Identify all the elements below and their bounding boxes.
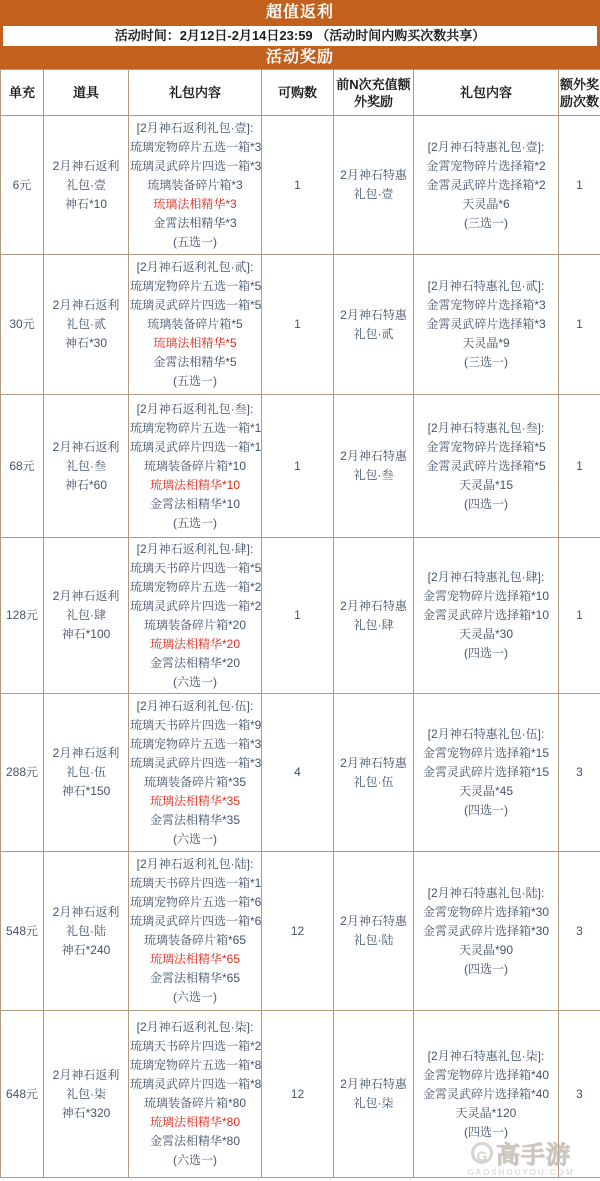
item-line: 神石*100 [45, 625, 127, 644]
pack-item: 琉璃宠物碎片五选一箱*35 [130, 735, 260, 754]
pack-item: 琉璃宠物碎片五选一箱*10 [130, 419, 260, 438]
event-banner: 超值返利 活动时间：2月12日-2月14日23:59 （活动时间内购买次数共享）… [0, 0, 600, 69]
bonus-count-cell: 1 [559, 538, 600, 694]
bonus-content-cell: [2月神石特惠礼包·贰]:金霄宠物碎片选择箱*3金霄灵武碎片选择箱*3天灵晶*9… [414, 255, 559, 395]
bonus-pack-title: [2月神石特惠礼包·伍]: [415, 725, 557, 744]
pack-choose-note: (五选一) [130, 514, 260, 533]
buy-count-value: 1 [263, 457, 332, 476]
item-line: 礼包·肆 [45, 606, 127, 625]
item-line: 礼包·壹 [45, 176, 127, 195]
pack-item: 琉璃法相精华*5 [130, 334, 260, 353]
pack-choose-note: (六选一) [130, 988, 260, 1007]
bonus-count-cell: 3 [559, 1011, 600, 1178]
pack-item: 金霄法相精华*5 [130, 353, 260, 372]
pack-item: 琉璃装备碎片箱*35 [130, 773, 260, 792]
item-line: 2月神石返利 [45, 157, 127, 176]
pack-item: 琉璃装备碎片箱*65 [130, 931, 260, 950]
rewards-table-body: 6元2月神石返利礼包·壹神石*10[2月神石返利礼包·壹]:琉璃宠物碎片五选一箱… [1, 116, 600, 1178]
price-value: 288元 [2, 763, 42, 782]
pack-content-cell: [2月神石返利礼包·壹]:琉璃宠物碎片五选一箱*3琉璃灵武碎片四选一箱*3琉璃装… [129, 116, 262, 255]
price-value: 648元 [2, 1085, 42, 1104]
header-bonus-count: 额外奖励次数 [559, 70, 600, 116]
pack-item: 琉璃装备碎片箱*10 [130, 457, 260, 476]
pack-item: 金霄法相精华*3 [130, 214, 260, 233]
pack-item: 琉璃法相精华*80 [130, 1113, 260, 1132]
item-line: 神石*320 [45, 1104, 127, 1123]
bonus-pack-title: [2月神石特惠礼包·肆]: [415, 568, 557, 587]
bonus-content-cell: [2月神石特惠礼包·叁]:金霄宠物碎片选择箱*5金霄灵武碎片选择箱*5天灵晶*1… [414, 395, 559, 538]
pack-item: 金霄法相精华*20 [130, 654, 260, 673]
pack-item: 琉璃天书碎片四选一箱*17 [130, 874, 260, 893]
bonus-count-cell: 3 [559, 852, 600, 1011]
pack-choose-note: (六选一) [130, 830, 260, 849]
item-line: 神石*30 [45, 334, 127, 353]
event-time-bar: 活动时间：2月12日-2月14日23:59 （活动时间内购买次数共享） [3, 26, 597, 46]
bonus-pack-title: [2月神石特惠礼包·柒]: [415, 1047, 557, 1066]
bonus-choose-note: (四选一) [415, 644, 557, 663]
item-cell: 2月神石返利礼包·肆神石*100 [44, 538, 129, 694]
pack-item: 琉璃灵武碎片四选一箱*80 [130, 1075, 260, 1094]
bonus-choose-note: (三选一) [415, 214, 557, 233]
bonus-pack-line: 2月神石特惠 [335, 447, 412, 466]
item-line: 礼包·伍 [45, 763, 127, 782]
bonus-choose-note: (四选一) [415, 495, 557, 514]
bonus-count-value: 1 [560, 457, 599, 476]
table-row: 30元2月神石返利礼包·贰神石*30[2月神石返利礼包·贰]:琉璃宠物碎片五选一… [1, 255, 600, 395]
bonus-pack-line: 2月神石特惠 [335, 597, 412, 616]
pack-content-cell: [2月神石返利礼包·伍]:琉璃天书碎片四选一箱*9琉璃宠物碎片五选一箱*35琉璃… [129, 694, 262, 852]
bonus-pack-item: 天灵晶*30 [415, 625, 557, 644]
bonus-pack-item: 金霄灵武碎片选择箱*40 [415, 1085, 557, 1104]
bonus-pack-line: 2月神石特惠 [335, 166, 412, 185]
pack-item: 琉璃法相精华*10 [130, 476, 260, 495]
bonus-content-cell: [2月神石特惠礼包·柒]:金霄宠物碎片选择箱*40金霄灵武碎片选择箱*40天灵晶… [414, 1011, 559, 1178]
item-cell: 2月神石返利礼包·伍神石*150 [44, 694, 129, 852]
header-single-charge: 单充 [1, 70, 44, 116]
price-cell: 30元 [1, 255, 44, 395]
pack-content-cell: [2月神石返利礼包·柒]:琉璃天书碎片四选一箱*20琉璃宠物碎片五选一箱*80琉… [129, 1011, 262, 1178]
price-value: 30元 [2, 315, 42, 334]
bonus-pack-item: 天灵晶*90 [415, 941, 557, 960]
bonus-pack-line: 礼包·壹 [335, 185, 412, 204]
bonus-pack-item: 金霄宠物碎片选择箱*30 [415, 903, 557, 922]
pack-item: 琉璃天书碎片四选一箱*9 [130, 716, 260, 735]
header-bonus-reward: 前N次充值额外奖励 [334, 70, 414, 116]
bonus-pack-item: 天灵晶*45 [415, 782, 557, 801]
pack-item: 琉璃法相精华*65 [130, 950, 260, 969]
price-value: 128元 [2, 606, 42, 625]
bonus-pack-cell: 2月神石特惠礼包·叁 [334, 395, 414, 538]
pack-item: 琉璃法相精华*3 [130, 195, 260, 214]
pack-item: 金霄法相精华*35 [130, 811, 260, 830]
bonus-pack-title: [2月神石特惠礼包·贰]: [415, 277, 557, 296]
pack-item: 琉璃灵武碎片四选一箱*5 [130, 296, 260, 315]
item-line: 礼包·叁 [45, 457, 127, 476]
bonus-choose-note: (四选一) [415, 960, 557, 979]
pack-item: 琉璃装备碎片箱*20 [130, 616, 260, 635]
pack-item: 琉璃灵武碎片四选一箱*3 [130, 157, 260, 176]
bonus-count-value: 3 [560, 1085, 599, 1104]
bonus-pack-line: 2月神石特惠 [335, 306, 412, 325]
price-value: 548元 [2, 922, 42, 941]
table-row: 128元2月神石返利礼包·肆神石*100[2月神石返利礼包·肆]:琉璃天书碎片四… [1, 538, 600, 694]
item-line: 2月神石返利 [45, 438, 127, 457]
item-line: 神石*10 [45, 195, 127, 214]
bonus-pack-line: 礼包·贰 [335, 325, 412, 344]
header-buy-count: 可购数 [262, 70, 334, 116]
pack-item: 琉璃灵武碎片四选一箱*35 [130, 754, 260, 773]
pack-item: 金霄法相精华*10 [130, 495, 260, 514]
bonus-pack-item: 金霄宠物碎片选择箱*10 [415, 587, 557, 606]
bonus-pack-cell: 2月神石特惠礼包·陆 [334, 852, 414, 1011]
pack-item: 琉璃装备碎片箱*5 [130, 315, 260, 334]
bonus-count-value: 3 [560, 922, 599, 941]
price-cell: 128元 [1, 538, 44, 694]
bonus-pack-title: [2月神石特惠礼包·陆]: [415, 884, 557, 903]
bonus-choose-note: (四选一) [415, 801, 557, 820]
table-row: 6元2月神石返利礼包·壹神石*10[2月神石返利礼包·壹]:琉璃宠物碎片五选一箱… [1, 116, 600, 255]
bonus-count-value: 3 [560, 763, 599, 782]
pack-content-cell: [2月神石返利礼包·贰]:琉璃宠物碎片五选一箱*5琉璃灵武碎片四选一箱*5琉璃装… [129, 255, 262, 395]
bonus-pack-cell: 2月神石特惠礼包·柒 [334, 1011, 414, 1178]
pack-item: 琉璃装备碎片箱*3 [130, 176, 260, 195]
bonus-pack-item: 金霄宠物碎片选择箱*2 [415, 157, 557, 176]
pack-item: 琉璃宠物碎片五选一箱*5 [130, 277, 260, 296]
item-line: 2月神石返利 [45, 744, 127, 763]
bonus-pack-line: 礼包·陆 [335, 931, 412, 950]
item-cell: 2月神石返利礼包·壹神石*10 [44, 116, 129, 255]
pack-item: 琉璃天书碎片四选一箱*20 [130, 1037, 260, 1056]
item-line: 神石*150 [45, 782, 127, 801]
bonus-pack-line: 2月神石特惠 [335, 912, 412, 931]
price-cell: 548元 [1, 852, 44, 1011]
bonus-count-cell: 3 [559, 694, 600, 852]
pack-content-cell: [2月神石返利礼包·陆]:琉璃天书碎片四选一箱*17琉璃宠物碎片五选一箱*65琉… [129, 852, 262, 1011]
buy-count-cell: 4 [262, 694, 334, 852]
pack-choose-note: (五选一) [130, 372, 260, 391]
bonus-pack-item: 金霄宠物碎片选择箱*15 [415, 744, 557, 763]
bonus-content-cell: [2月神石特惠礼包·肆]:金霄宠物碎片选择箱*10金霄灵武碎片选择箱*10天灵晶… [414, 538, 559, 694]
pack-item: 琉璃灵武碎片四选一箱*10 [130, 438, 260, 457]
bonus-pack-item: 天灵晶*120 [415, 1104, 557, 1123]
buy-count-value: 1 [263, 315, 332, 334]
bonus-count-cell: 1 [559, 395, 600, 538]
bonus-content-cell: [2月神石特惠礼包·壹]:金霄宠物碎片选择箱*2金霄灵武碎片选择箱*2天灵晶*6… [414, 116, 559, 255]
bonus-count-value: 1 [560, 315, 599, 334]
pack-choose-note: (六选一) [130, 673, 260, 692]
bonus-pack-cell: 2月神石特惠礼包·壹 [334, 116, 414, 255]
bonus-content-cell: [2月神石特惠礼包·陆]:金霄宠物碎片选择箱*30金霄灵武碎片选择箱*30天灵晶… [414, 852, 559, 1011]
bonus-pack-cell: 2月神石特惠礼包·贰 [334, 255, 414, 395]
pack-content-cell: [2月神石返利礼包·叁]:琉璃宠物碎片五选一箱*10琉璃灵武碎片四选一箱*10琉… [129, 395, 262, 538]
buy-count-cell: 1 [262, 538, 334, 694]
buy-count-value: 12 [263, 922, 332, 941]
table-row: 648元2月神石返利礼包·柒神石*320[2月神石返利礼包·柒]:琉璃天书碎片四… [1, 1011, 600, 1178]
buy-count-value: 1 [263, 176, 332, 195]
bonus-pack-line: 礼包·肆 [335, 616, 412, 635]
bonus-pack-line: 礼包·叁 [335, 466, 412, 485]
rewards-table: 单充 道具 礼包内容 可购数 前N次充值额外奖励 礼包内容 额外奖励次数 6元2… [0, 69, 600, 1178]
item-line: 2月神石返利 [45, 1066, 127, 1085]
item-line: 神石*60 [45, 476, 127, 495]
bonus-pack-title: [2月神石特惠礼包·叁]: [415, 419, 557, 438]
pack-content-cell: [2月神石返利礼包·肆]:琉璃天书碎片四选一箱*5琉璃宠物碎片五选一箱*20琉璃… [129, 538, 262, 694]
bonus-count-value: 1 [560, 176, 599, 195]
pack-title: [2月神石返利礼包·贰]: [130, 258, 260, 277]
price-cell: 648元 [1, 1011, 44, 1178]
bonus-choose-note: (三选一) [415, 353, 557, 372]
bonus-pack-item: 金霄灵武碎片选择箱*3 [415, 315, 557, 334]
header-bonus-pack-content: 礼包内容 [414, 70, 559, 116]
price-value: 6元 [2, 176, 42, 195]
header-item: 道具 [44, 70, 129, 116]
bonus-count-cell: 1 [559, 116, 600, 255]
pack-item: 金霄法相精华*65 [130, 969, 260, 988]
bonus-content-cell: [2月神石特惠礼包·伍]:金霄宠物碎片选择箱*15金霄灵武碎片选择箱*15天灵晶… [414, 694, 559, 852]
pack-item: 金霄法相精华*80 [130, 1132, 260, 1151]
table-row: 548元2月神石返利礼包·陆神石*240[2月神石返利礼包·陆]:琉璃天书碎片四… [1, 852, 600, 1011]
item-cell: 2月神石返利礼包·叁神石*60 [44, 395, 129, 538]
bonus-pack-item: 天灵晶*15 [415, 476, 557, 495]
pack-item: 琉璃灵武碎片四选一箱*65 [130, 912, 260, 931]
pack-choose-note: (六选一) [130, 1151, 260, 1170]
item-line: 2月神石返利 [45, 296, 127, 315]
pack-item: 琉璃宠物碎片五选一箱*65 [130, 893, 260, 912]
buy-count-cell: 1 [262, 116, 334, 255]
table-row: 68元2月神石返利礼包·叁神石*60[2月神石返利礼包·叁]:琉璃宠物碎片五选一… [1, 395, 600, 538]
buy-count-cell: 1 [262, 255, 334, 395]
price-cell: 68元 [1, 395, 44, 538]
item-cell: 2月神石返利礼包·陆神石*240 [44, 852, 129, 1011]
pack-title: [2月神石返利礼包·柒]: [130, 1018, 260, 1037]
pack-item: 琉璃天书碎片四选一箱*5 [130, 559, 260, 578]
buy-count-value: 1 [263, 606, 332, 625]
event-title: 超值返利 [0, 0, 600, 26]
item-cell: 2月神石返利礼包·贰神石*30 [44, 255, 129, 395]
bonus-pack-item: 金霄宠物碎片选择箱*5 [415, 438, 557, 457]
bonus-count-cell: 1 [559, 255, 600, 395]
pack-item: 琉璃宠物碎片五选一箱*20 [130, 578, 260, 597]
item-line: 神石*240 [45, 941, 127, 960]
price-value: 68元 [2, 457, 42, 476]
pack-title: [2月神石返利礼包·壹]: [130, 119, 260, 138]
table-header-row: 单充 道具 礼包内容 可购数 前N次充值额外奖励 礼包内容 额外奖励次数 [1, 70, 600, 116]
item-line: 2月神石返利 [45, 587, 127, 606]
buy-count-cell: 12 [262, 852, 334, 1011]
buy-count-cell: 12 [262, 1011, 334, 1178]
item-line: 礼包·陆 [45, 922, 127, 941]
bonus-pack-item: 金霄灵武碎片选择箱*5 [415, 457, 557, 476]
bonus-pack-item: 天灵晶*9 [415, 334, 557, 353]
bonus-choose-note: (四选一) [415, 1123, 557, 1142]
bonus-pack-item: 金霄灵武碎片选择箱*2 [415, 176, 557, 195]
bonus-pack-item: 金霄灵武碎片选择箱*30 [415, 922, 557, 941]
bonus-pack-item: 金霄灵武碎片选择箱*15 [415, 763, 557, 782]
pack-title: [2月神石返利礼包·陆]: [130, 855, 260, 874]
table-row: 288元2月神石返利礼包·伍神石*150[2月神石返利礼包·伍]:琉璃天书碎片四… [1, 694, 600, 852]
bonus-pack-cell: 2月神石特惠礼包·肆 [334, 538, 414, 694]
bonus-pack-cell: 2月神石特惠礼包·伍 [334, 694, 414, 852]
bonus-pack-line: 礼包·柒 [335, 1094, 412, 1113]
price-cell: 288元 [1, 694, 44, 852]
bonus-pack-item: 金霄宠物碎片选择箱*3 [415, 296, 557, 315]
pack-item: 琉璃宠物碎片五选一箱*3 [130, 138, 260, 157]
pack-title: [2月神石返利礼包·伍]: [130, 697, 260, 716]
pack-choose-note: (五选一) [130, 233, 260, 252]
pack-title: [2月神石返利礼包·叁]: [130, 400, 260, 419]
pack-item: 琉璃法相精华*35 [130, 792, 260, 811]
bonus-pack-line: 2月神石特惠 [335, 1075, 412, 1094]
pack-item: 琉璃灵武碎片四选一箱*20 [130, 597, 260, 616]
rewards-section-title: 活动奖励 [0, 46, 600, 69]
item-line: 礼包·贰 [45, 315, 127, 334]
header-pack-content: 礼包内容 [129, 70, 262, 116]
bonus-pack-item: 金霄宠物碎片选择箱*40 [415, 1066, 557, 1085]
bonus-pack-item: 天灵晶*6 [415, 195, 557, 214]
pack-item: 琉璃装备碎片箱*80 [130, 1094, 260, 1113]
pack-item: 琉璃法相精华*20 [130, 635, 260, 654]
bonus-pack-title: [2月神石特惠礼包·壹]: [415, 138, 557, 157]
item-line: 礼包·柒 [45, 1085, 127, 1104]
buy-count-value: 4 [263, 763, 332, 782]
price-cell: 6元 [1, 116, 44, 255]
bonus-pack-line: 2月神石特惠 [335, 754, 412, 773]
buy-count-cell: 1 [262, 395, 334, 538]
bonus-pack-item: 金霄灵武碎片选择箱*10 [415, 606, 557, 625]
buy-count-value: 12 [263, 1085, 332, 1104]
bonus-count-value: 1 [560, 606, 599, 625]
pack-title: [2月神石返利礼包·肆]: [130, 540, 260, 559]
item-line: 2月神石返利 [45, 903, 127, 922]
bonus-pack-line: 礼包·伍 [335, 773, 412, 792]
item-cell: 2月神石返利礼包·柒神石*320 [44, 1011, 129, 1178]
pack-item: 琉璃宠物碎片五选一箱*80 [130, 1056, 260, 1075]
